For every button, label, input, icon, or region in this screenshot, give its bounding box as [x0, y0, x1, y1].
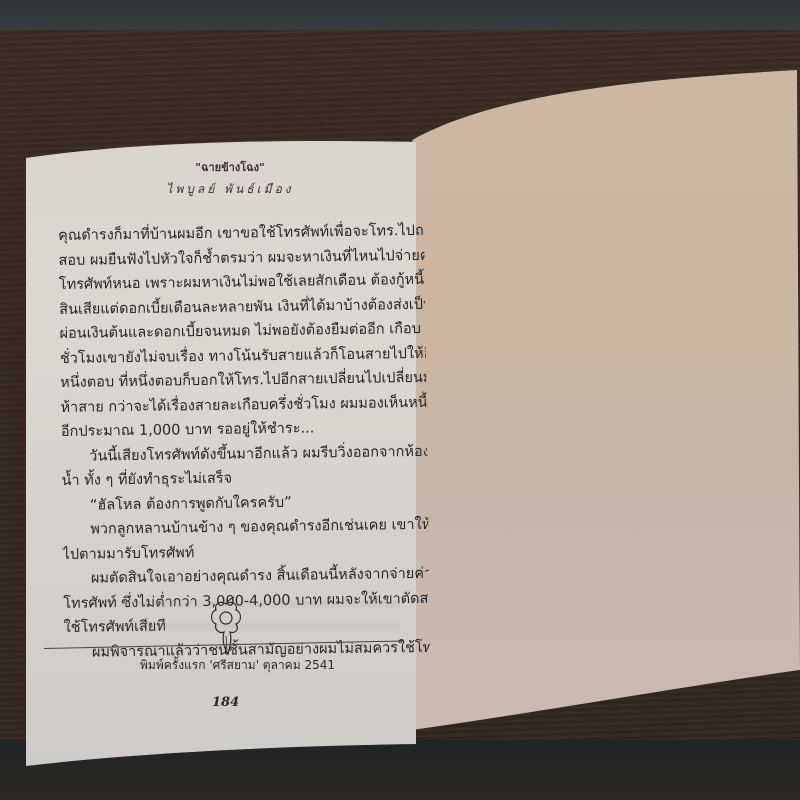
left-page-content: "ฉายข้างโฉง" ไพบูลย์ พันธ์เมือง คุณดำรงก…	[0, 0, 800, 800]
imprint-note: พิมพ์ครั้งแรก 'ศรีสยาม' ตุลาคม 2541	[140, 656, 340, 675]
text-line: ห้าสาย กว่าจะได้เรื่องสายละเกือบครึ่งชั่…	[60, 390, 426, 420]
leaf-flower-ornament-icon	[206, 596, 246, 656]
text-line: พวกลูกหลานบ้านข้าง ๆ ของคุณดำรงอีกเช่นเค…	[62, 513, 428, 543]
bleed-through-text	[120, 590, 400, 640]
text-line: วันนี้เสียงโทรศัพท์ดังขึ้นมาอีกแล้ว ผมรี…	[61, 439, 427, 469]
chapter-title: "ฉายข้างโฉง"	[0, 158, 460, 176]
chapter-author: ไพบูลย์ พันธ์เมือง	[0, 180, 460, 199]
page-number: 184	[212, 695, 252, 710]
